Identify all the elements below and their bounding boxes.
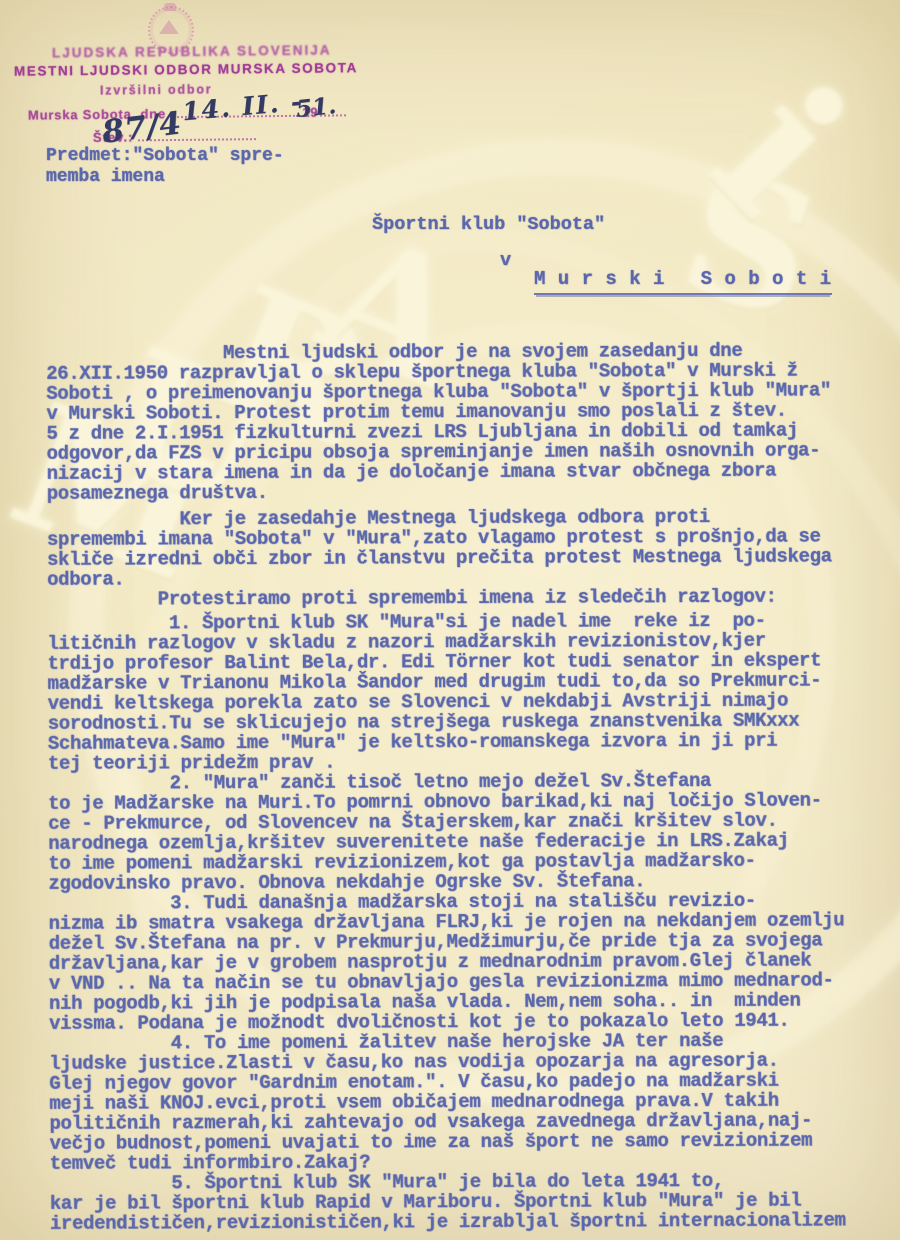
reason-point-5: 5. Športni klub SK "Mura" je bila do let… (50, 1170, 900, 1234)
reason-point-4: 4. To ime pomeni žalitev naše herojske J… (49, 1030, 900, 1174)
letter-body: Mestni ljudski odbor je na svojem zaseda… (46, 340, 900, 1234)
paragraph-intro: Mestni ljudski odbor je na svojem zaseda… (46, 340, 897, 504)
reason-point-3: 3. Tudi današnja madžarska stoji na stal… (48, 890, 899, 1034)
scanned-letter-page: M U R A S i LJUDSKA REPUBLIKA SLOVENIJA … (0, 0, 900, 1240)
watermark-letter: i (683, 55, 876, 245)
handwritten-year: 51. (295, 92, 338, 123)
stamp-republic-line: LJUDSKA REPUBLIKA SLOVENIJA (52, 43, 332, 61)
stamp-authority-line: MESTNI LJUDSKI ODBOR MURSKA SOBOTA (14, 60, 358, 79)
addressee-club-name: Športni klub "Sobota" (372, 214, 605, 235)
paragraph-reasons-intro: Protestiramo proti spremembi imena iz sl… (47, 586, 897, 610)
subject-line: Predmet:"Sobota" spre- memba imena (46, 146, 284, 188)
paragraph-protest: Ker je zasedahje Mestnega ljudskega odbo… (47, 506, 897, 590)
reason-point-2: 2. "Mura" zanči tisoč letno mejo dežel S… (48, 770, 899, 894)
addressee-city-underlined: M u r s k i S o b o t i (534, 268, 832, 295)
addressee-preposition: v (500, 250, 511, 271)
reason-point-1: 1. Športni klub SK "Mura"si je nadel ime… (47, 610, 898, 774)
watermark-letter: S (667, 144, 834, 344)
